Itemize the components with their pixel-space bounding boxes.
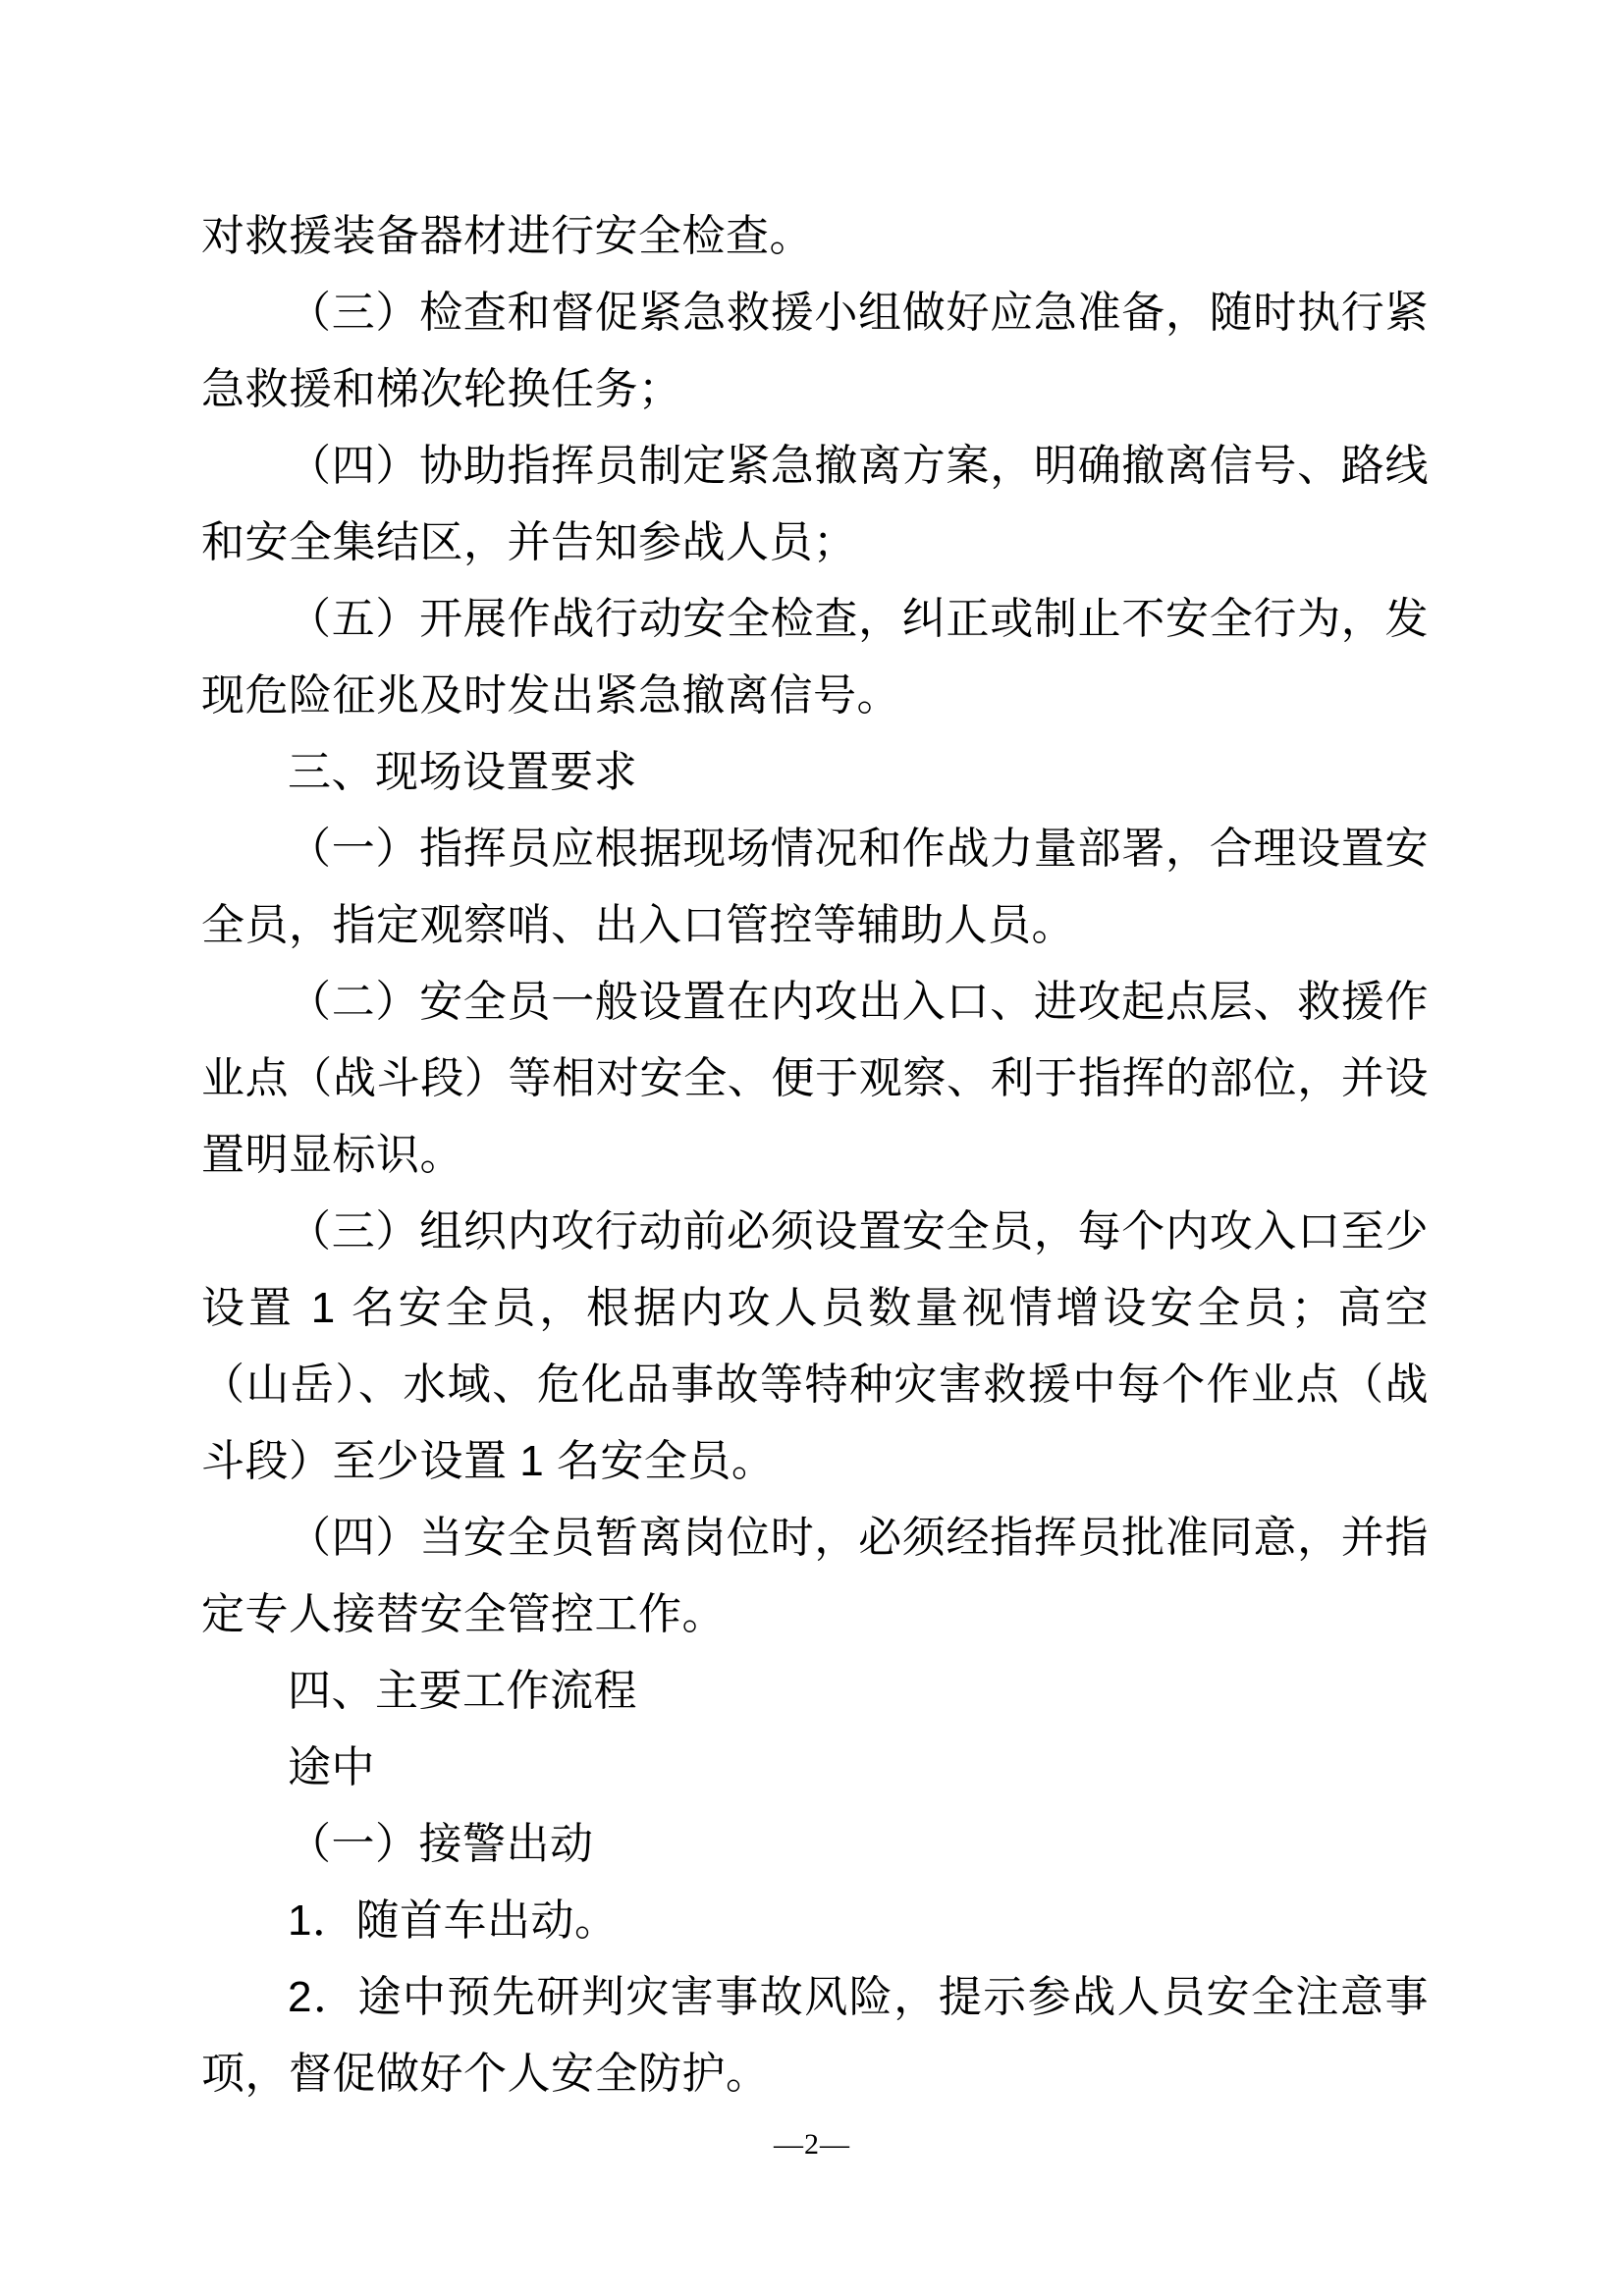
paragraph: （三）检查和督促紧急救援小组做好应急准备，随时执行紧急救援和梯次轮换任务； [201,275,1429,428]
paragraph: （四）当安全员暂离岗位时，必须经指挥员批准同意，并指定专人接替安全管控工作。 [201,1500,1429,1653]
paragraph: 四、主要工作流程 [201,1653,1429,1730]
paragraph: （三）组织内攻行动前必须设置安全员，每个内攻入口至少设置 1 名安全员，根据内攻… [201,1194,1429,1500]
paragraph: 1．随首车出动。 [201,1883,1429,1959]
paragraph: （一）指挥员应根据现场情况和作战力量部署，合理设置安全员，指定观察哨、出入口管控… [201,811,1429,964]
paragraph: 途中 [201,1730,1429,1806]
paragraph: 三、现场设置要求 [201,734,1429,811]
document-body: 对救援装备器材进行安全检查。（三）检查和督促紧急救援小组做好应急准备，随时执行紧… [201,198,1429,2112]
paragraph: （二）安全员一般设置在内攻出入口、进攻起点层、救援作业点（战斗段）等相对安全、便… [201,964,1429,1194]
paragraph: （五）开展作战行动安全检查，纠正或制止不安全行为，发现危险征兆及时发出紧急撤离信… [201,581,1429,734]
paragraph: （四）协助指挥员制定紧急撤离方案，明确撤离信号、路线和安全集结区，并告知参战人员… [201,428,1429,581]
paragraph: 对救援装备器材进行安全检查。 [201,198,1429,275]
page-number: —2— [0,2128,1624,2162]
paragraph: 2．途中预先研判灾害事故风险，提示参战人员安全注意事项，督促做好个人安全防护。 [201,1959,1429,2112]
document-page: 对救援装备器材进行安全检查。（三）检查和督促紧急救援小组做好应急准备，随时执行紧… [0,0,1624,2296]
paragraph: （一）接警出动 [201,1806,1429,1883]
